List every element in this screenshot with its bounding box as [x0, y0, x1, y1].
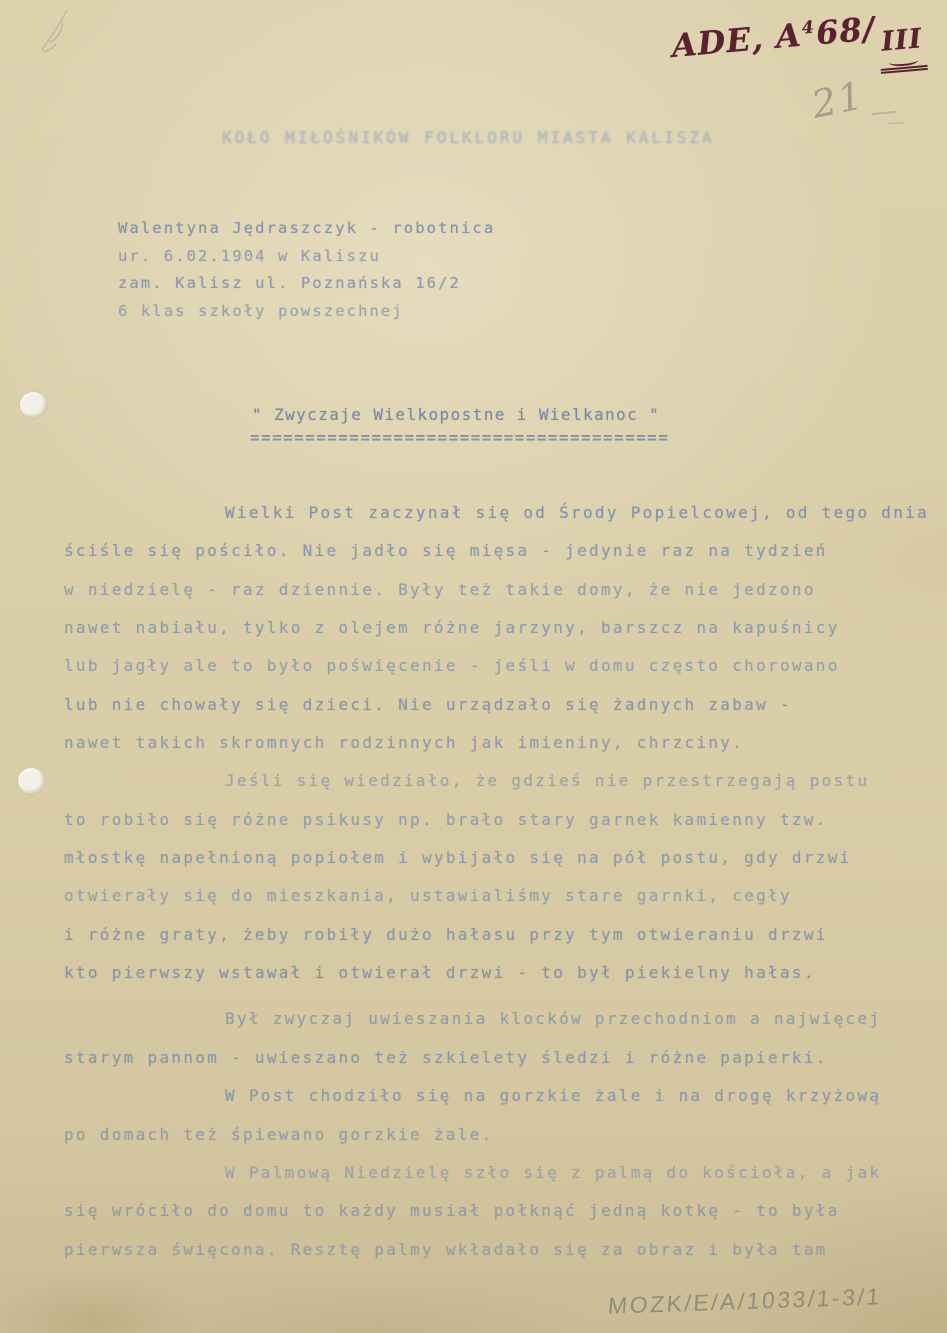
typed-line: lub jagły ale to było poświęcenie - jeśl…	[64, 647, 924, 685]
archive-reference-mark: ADE, A468/III	[670, 5, 927, 80]
document-title: " Zwyczaje Wielkopostne i Wielkanoc "	[252, 405, 660, 424]
page-number-pencil: 21	[808, 73, 868, 127]
paragraph: W Palmową Niedzielę szło się z palmą do …	[64, 1154, 924, 1269]
archive-mark-prefix: ADE, A	[670, 16, 803, 65]
typed-line: Wielki Post zaczynał się od Środy Popiel…	[64, 494, 924, 532]
pencil-dash	[888, 121, 904, 124]
typed-line: się wróciło do domu to każdy musiał połk…	[64, 1192, 924, 1230]
respondent-birth-line: ur. 6.02.1904 w Kaliszu	[118, 243, 495, 271]
paragraph: Jeśli się wiedziało, że gdzieś nie przes…	[64, 762, 924, 992]
archive-mark-superscript: 4	[801, 18, 816, 39]
typed-line: i różne graty, żeby robiły dużo hałasu p…	[64, 916, 924, 954]
typed-line: otwierały się do mieszkania, ustawialiśm…	[64, 877, 924, 915]
typed-line: po domach też śpiewano gorzkie żale.	[64, 1116, 924, 1154]
typed-line: kto pierwszy wstawał i otwierał drzwi - …	[64, 954, 924, 992]
punch-hole-top	[20, 392, 47, 418]
paragraph: Był zwyczaj uwieszania klocków przechodn…	[64, 1000, 924, 1077]
respondent-info: Walentyna Jędraszczyk - robotnica ur. 6.…	[118, 215, 495, 325]
typed-line: nawet takich skromnych rodzinnych jak im…	[64, 724, 924, 762]
title-underline: ======================================	[250, 428, 669, 448]
paragraph: W Post chodziło się na gorzkie żale i na…	[64, 1077, 924, 1154]
typed-line: nawet nabiału, tylko z olejem różne jarz…	[64, 609, 924, 647]
pencil-dash	[872, 111, 896, 115]
document-body: Wielki Post zaczynał się od Środy Popiel…	[64, 494, 924, 1269]
typed-line: ściśle się pościło. Nie jadło się mięsa …	[64, 532, 924, 570]
archive-mark-number: 68/	[815, 9, 877, 52]
punch-hole-bottom	[18, 768, 45, 794]
typed-line: Jeśli się wiedziało, że gdzieś nie przes…	[64, 762, 924, 800]
typed-line: młostkę napełnioną popiołem i wybijało s…	[64, 839, 924, 877]
typed-line: W Post chodziło się na gorzkie żale i na…	[64, 1077, 924, 1115]
typed-line: pierwsza święcona. Resztę palmy wkładało…	[64, 1231, 924, 1269]
typed-line: w niedzielę - raz dziennie. Były też tak…	[64, 571, 924, 609]
respondent-name-line: Walentyna Jędraszczyk - robotnica	[118, 215, 495, 243]
typed-line: lub nie chowały się dzieci. Nie urządzał…	[64, 686, 924, 724]
respondent-education-line: 6 klas szkoły powszechnej	[118, 298, 495, 326]
typed-line: starym pannom - uwieszano też szkielety …	[64, 1039, 924, 1077]
catalog-number: MOZK/E/A/1033/1-3/1	[607, 1283, 883, 1320]
pencil-scribble	[34, 2, 96, 58]
typed-line: to robiło się różne psikusy np. brało st…	[64, 801, 924, 839]
archive-mark-roman-numeral: III	[877, 25, 928, 74]
typed-line: W Palmową Niedzielę szło się z palmą do …	[64, 1154, 924, 1192]
document-page: ADE, A468/III 21 KOŁO MIŁOŚNIKÓW FOLKLOR…	[0, 0, 947, 1333]
respondent-address-line: zam. Kalisz ul. Poznańska 16/2	[118, 270, 495, 298]
paragraph: Wielki Post zaczynał się od Środy Popiel…	[64, 494, 924, 762]
typed-line: Był zwyczaj uwieszania klocków przechodn…	[64, 1000, 924, 1038]
organization-header: KOŁO MIŁOŚNIKÓW FOLKLORU MIASTA KALISZA	[222, 128, 715, 147]
